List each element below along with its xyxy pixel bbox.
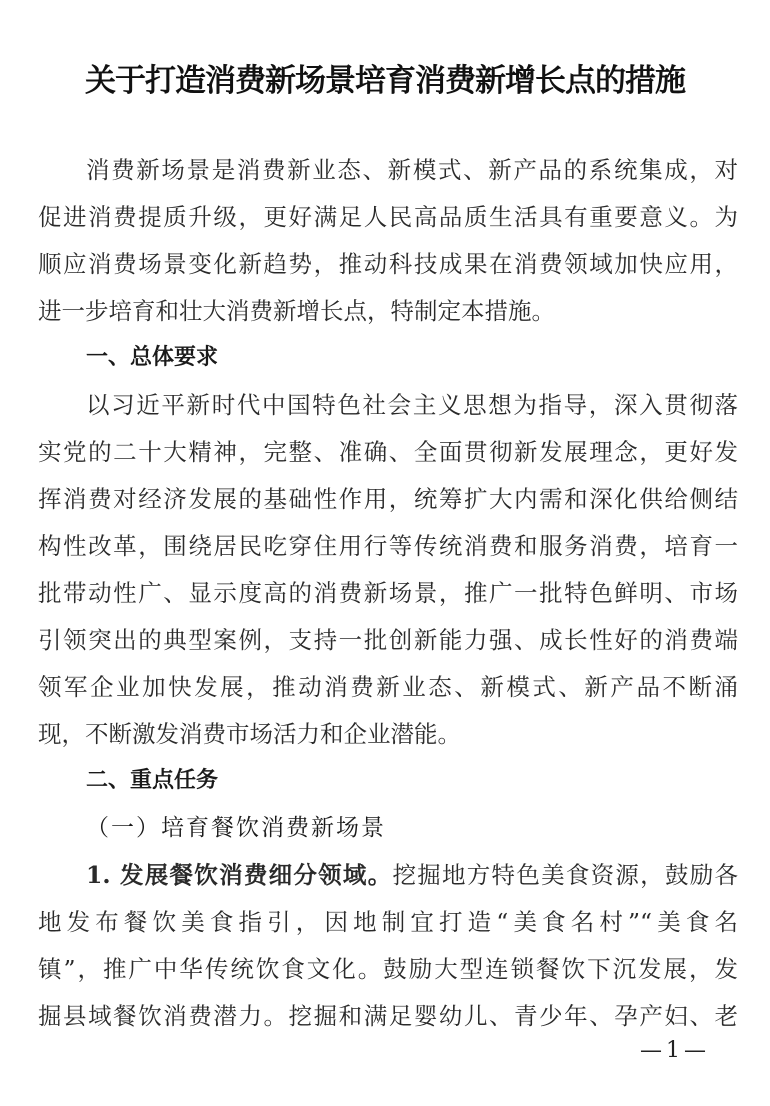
section1-line-5: 批带动性广、显示度高的消费新场景，推广一批特色鲜明、市场 (38, 573, 738, 613)
document-title: 关于打造消费新场景培育消费新增长点的措施 (0, 55, 770, 100)
item1-line-3: 镇”，推广中华传统饮食文化。鼓励大型连锁餐饮下沉发展，发 (38, 949, 738, 989)
section1-line-1: 以习近平新时代中国特色社会主义思想为指导，深入贯彻落 (86, 385, 738, 425)
subsection-heading-1: （一）培育餐饮消费新场景 (86, 808, 386, 848)
section1-line-6: 引领突出的典型案例，支持一批创新能力强、成长性好的消费端 (38, 620, 738, 660)
item1-line-4: 掘县域餐饮消费潜力。挖掘和满足婴幼儿、青少年、孕产妇、老 (38, 996, 738, 1036)
item1-line-2: 地发布餐饮美食指引，因地制宜打造“美食名村”“美食名 (38, 902, 738, 942)
intro-line-1: 消费新场景是消费新业态、新模式、新产品的系统集成，对 (86, 150, 738, 190)
intro-line-2: 促进消费提质升级，更好满足人民高品质生活具有重要意义。为 (38, 197, 738, 237)
item1-lead: 1. 发展餐饮消费细分领域。 (86, 861, 392, 889)
intro-line-4: 进一步培育和壮大消费新增长点，特制定本措施。 (38, 291, 738, 331)
page-number: —1— (640, 1038, 710, 1063)
section1-line-3: 挥消费对经济发展的基础性作用，统筹扩大内需和深化供给侧结 (38, 479, 738, 519)
section1-line-4: 构性改革，围绕居民吃穿住用行等传统消费和服务消费，培育一 (38, 526, 738, 566)
section1-line-7: 领军企业加快发展，推动消费新业态、新模式、新产品不断涌 (38, 667, 738, 707)
item1-line-1: 1. 发展餐饮消费细分领域。挖掘地方特色美食资源，鼓励各 (86, 855, 738, 895)
section-heading-2: 二、重点任务 (86, 761, 218, 801)
section1-line-2: 实党的二十大精神，完整、准确、全面贯彻新发展理念，更好发 (38, 432, 738, 472)
intro-line-3: 顺应消费场景变化新趋势，推动科技成果在消费领域加快应用， (38, 244, 738, 284)
section-heading-1: 一、总体要求 (86, 338, 218, 378)
item1-rest: 挖掘地方特色美食资源，鼓励各 (392, 861, 738, 889)
section1-line-8: 现，不断激发消费市场活力和企业潜能。 (38, 714, 738, 754)
